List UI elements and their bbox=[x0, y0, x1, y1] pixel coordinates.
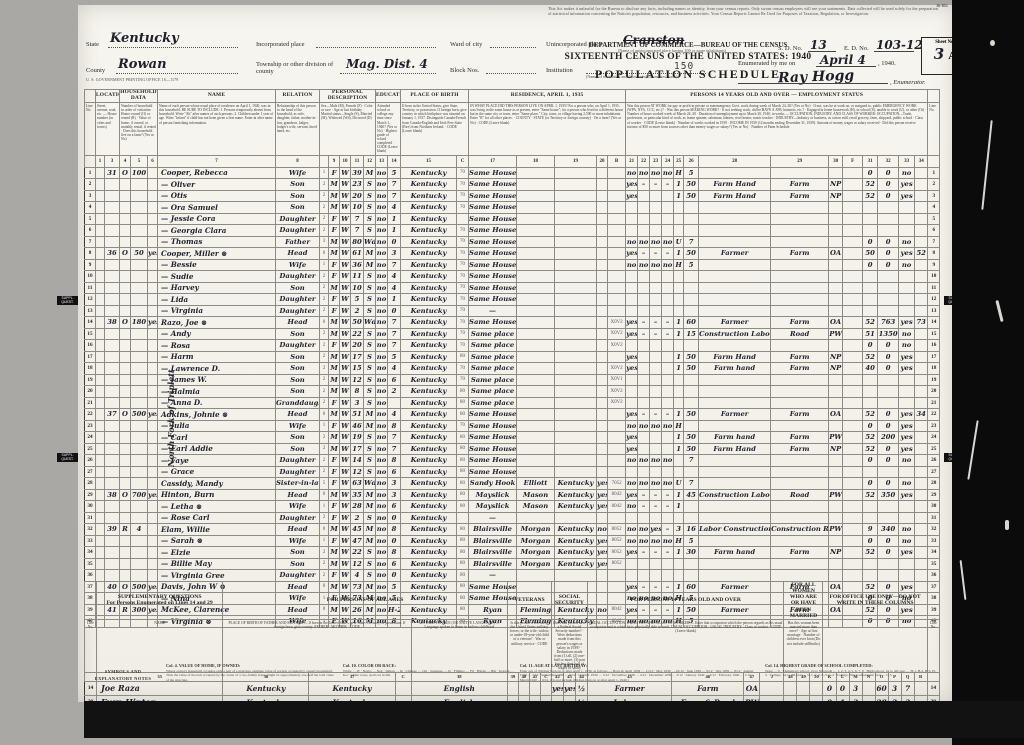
cell-rcty bbox=[517, 167, 555, 179]
cell-rcode bbox=[608, 202, 626, 214]
cell-f1: yes bbox=[626, 179, 638, 191]
column-number: 33 bbox=[899, 155, 915, 167]
cell-val bbox=[131, 374, 148, 386]
cell-ln: 16 bbox=[85, 340, 96, 352]
cell-f3: – bbox=[650, 547, 662, 559]
cell-name: Joe Raza bbox=[97, 681, 223, 695]
cell-val bbox=[131, 558, 148, 570]
marker-text: QUEST. bbox=[61, 300, 73, 304]
cell-bp: Kentucky bbox=[401, 535, 457, 547]
cell-ind bbox=[771, 478, 829, 490]
cell-mar: M bbox=[364, 167, 376, 179]
cell-val: 180 bbox=[131, 317, 148, 329]
cell-f4: – bbox=[662, 547, 674, 559]
cell-rst bbox=[555, 271, 597, 283]
cell-sch: no bbox=[376, 259, 388, 271]
table-row: 26— FayeDaughter2FW14Sno8Kentucky80Same … bbox=[85, 455, 940, 467]
cell-lnr: 17 bbox=[928, 351, 940, 363]
cell-grd: 3 bbox=[388, 248, 401, 260]
cell-sch: no bbox=[376, 271, 388, 283]
cell-rcty bbox=[517, 443, 555, 455]
cell-rel: Daughter bbox=[276, 455, 320, 467]
cell-occ: Farm hand bbox=[699, 363, 771, 375]
cell-oth: yes bbox=[899, 363, 915, 375]
cell-bp: Kentucky bbox=[401, 489, 457, 501]
cell-st bbox=[96, 570, 105, 582]
population-schedule-table: LOCATIONHOUSEHOLD DATANAMERELATIONPERSON… bbox=[84, 89, 940, 628]
cell-fm bbox=[148, 478, 158, 490]
cell-sex: F bbox=[329, 340, 340, 352]
cell-rcity: Same place bbox=[469, 386, 517, 398]
cell-race: W bbox=[340, 213, 351, 225]
cell-ten bbox=[120, 363, 131, 375]
cell-inc: 200 bbox=[878, 432, 899, 444]
cell-rel: Son bbox=[276, 202, 320, 214]
cell-bp: Kentucky bbox=[401, 386, 457, 398]
cell-f4: no bbox=[662, 535, 674, 547]
cell-wks bbox=[863, 570, 878, 582]
note-school-grade: Col. 14. HIGHEST GRADE OF SCHOOL COMPLET… bbox=[765, 663, 936, 683]
cell-st bbox=[96, 386, 105, 398]
cell-vis bbox=[105, 202, 120, 214]
cell-ln: 32 bbox=[85, 524, 96, 536]
cell-occ bbox=[699, 535, 771, 547]
cell-race: W bbox=[340, 282, 351, 294]
cell-fm bbox=[148, 305, 158, 317]
cell-lnr: 31 bbox=[928, 512, 940, 524]
cell-mar: S bbox=[364, 179, 376, 191]
cell-cb bbox=[684, 501, 699, 513]
table-row: 33— Sarah ⊗Wife1FW47Mno0Kentucky80Blairs… bbox=[85, 535, 940, 547]
cell-rel: Head bbox=[276, 524, 320, 536]
cell-race: W bbox=[340, 512, 351, 524]
cell-cd3 bbox=[843, 190, 863, 202]
cell-f3: – bbox=[650, 328, 662, 340]
cell-sch: no bbox=[376, 420, 388, 432]
column-number: 24 bbox=[662, 155, 674, 167]
cell-rcity: Sandy Hook bbox=[469, 478, 517, 490]
column-group: NAME bbox=[158, 90, 276, 103]
cell-lnr: 35 bbox=[928, 558, 940, 570]
cell-rc: 1 bbox=[320, 259, 329, 271]
cell-f3 bbox=[650, 363, 662, 375]
cell-sex: M bbox=[329, 409, 340, 421]
cell-cow: OA bbox=[829, 317, 843, 329]
cell-grd: 4 bbox=[388, 282, 401, 294]
table-row: 2237O500yesAdkins, Johnie ⊗Head0MW51Mno4… bbox=[85, 409, 940, 421]
cell-f3 bbox=[650, 340, 662, 352]
cell-bpc: 70 bbox=[457, 271, 469, 283]
cell-f3 bbox=[650, 305, 662, 317]
cell-sex: F bbox=[329, 294, 340, 306]
cell-rc: 2 bbox=[320, 547, 329, 559]
cell-val bbox=[131, 271, 148, 283]
cell-o4 bbox=[862, 681, 875, 695]
cell-cd3 bbox=[843, 305, 863, 317]
cell-cb bbox=[684, 397, 699, 409]
cell-occ: Construction Labor bbox=[699, 328, 771, 340]
cell-age: 80 bbox=[351, 236, 364, 248]
cell-sex: F bbox=[329, 259, 340, 271]
cell-rel: Wife bbox=[276, 501, 320, 513]
cell-cb: 16 bbox=[684, 524, 699, 536]
cell-oth bbox=[899, 386, 915, 398]
column-number: 21 bbox=[626, 155, 638, 167]
cell-fs bbox=[915, 294, 928, 306]
cell-f1: yes bbox=[626, 409, 638, 421]
cell-rel: Head bbox=[276, 317, 320, 329]
cell-sch: no bbox=[376, 501, 388, 513]
cell-rcode: X0V1 bbox=[608, 374, 626, 386]
cell-ln: 3 bbox=[85, 190, 96, 202]
ed-line bbox=[874, 51, 914, 52]
cell-fm bbox=[148, 374, 158, 386]
cell-st bbox=[96, 363, 105, 375]
cell-rst: Kentucky bbox=[555, 558, 597, 570]
cell-ca bbox=[674, 213, 684, 225]
cell-bp: Kentucky bbox=[401, 317, 457, 329]
cell-ca: H bbox=[674, 259, 684, 271]
cell-age: 10 bbox=[351, 282, 364, 294]
column-number: 18 bbox=[517, 155, 555, 167]
cell-bp: Kentucky bbox=[401, 167, 457, 179]
cell-f3 bbox=[650, 294, 662, 306]
table-row: 3— OtisSon2MW20Sno7Kentucky70Same Housey… bbox=[85, 190, 940, 202]
cell-rfm bbox=[597, 363, 608, 375]
cell-cb bbox=[684, 282, 699, 294]
cell-ln: 8 bbox=[85, 248, 96, 260]
cell-ln: 35 bbox=[85, 558, 96, 570]
cell-fs bbox=[915, 179, 928, 191]
note-color-race: Col. 10. COLOR OR RACE: White … W · Negr… bbox=[343, 663, 514, 683]
cell-oth: no bbox=[899, 478, 915, 490]
cell-ln: 22 bbox=[85, 409, 96, 421]
cell-bpc: 80 bbox=[457, 478, 469, 490]
cell-mar: M bbox=[364, 259, 376, 271]
cell-ten bbox=[120, 501, 131, 513]
cell-val bbox=[131, 570, 148, 582]
cell-occ bbox=[699, 225, 771, 237]
cell-f4 bbox=[662, 351, 674, 363]
cell-age: 51 bbox=[351, 409, 364, 421]
cell-lnr: 20 bbox=[928, 386, 940, 398]
cell-inc bbox=[878, 282, 899, 294]
cell-lnr: 5 bbox=[928, 213, 940, 225]
cell-inc bbox=[878, 501, 899, 513]
cell-f4 bbox=[662, 190, 674, 202]
cell-rst bbox=[555, 317, 597, 329]
cell-wks: 52 bbox=[863, 190, 878, 202]
cell-ten bbox=[120, 558, 131, 570]
cell-rcty bbox=[517, 363, 555, 375]
cell-race: W bbox=[340, 236, 351, 248]
cell-mar: S bbox=[364, 351, 376, 363]
cell-bp: Kentucky bbox=[401, 213, 457, 225]
cell-f4: no bbox=[662, 455, 674, 467]
cell-rcity: Same House bbox=[469, 409, 517, 421]
cell-grd: 6 bbox=[388, 558, 401, 570]
cell-cow: OA bbox=[829, 248, 843, 260]
cell-f4: no bbox=[662, 478, 674, 490]
cell-rcty: Morgan bbox=[517, 558, 555, 570]
cell-fs bbox=[915, 455, 928, 467]
cell-age: 20 bbox=[351, 340, 364, 352]
census-document: This Act makes it unlawful for the Burea… bbox=[78, 5, 956, 702]
cell-ind bbox=[771, 512, 829, 524]
cell-st bbox=[96, 547, 105, 559]
cell-rcode: X0V2 bbox=[608, 386, 626, 398]
cell-race: W bbox=[340, 271, 351, 283]
column-group: HOUSEHOLD DATA bbox=[120, 90, 158, 103]
cell-occ bbox=[699, 466, 771, 478]
cell-st bbox=[96, 271, 105, 283]
cell-cb: 5 bbox=[684, 167, 699, 179]
cell-inc: 0 bbox=[878, 190, 899, 202]
cell-o8 bbox=[914, 681, 927, 695]
cell-ln: 33 bbox=[85, 535, 96, 547]
cell-val bbox=[131, 397, 148, 409]
cell-mar: S bbox=[364, 294, 376, 306]
cell-occ: Farmer bbox=[699, 317, 771, 329]
cell-st bbox=[96, 202, 105, 214]
cell-inc: 0 bbox=[878, 443, 899, 455]
cell-val: 4 bbox=[131, 524, 148, 536]
cell-cd3 bbox=[843, 374, 863, 386]
cell-f2 bbox=[638, 432, 650, 444]
cell-rc: 3 bbox=[320, 236, 329, 248]
cell-v4 bbox=[540, 681, 551, 695]
cell-bp: Kentucky bbox=[401, 190, 457, 202]
cell-sex: M bbox=[329, 190, 340, 202]
cell-rc: 0 bbox=[320, 489, 329, 501]
cell-rcode: X0V2 bbox=[608, 363, 626, 375]
column-number: C bbox=[457, 155, 469, 167]
cell-rel: Head bbox=[276, 489, 320, 501]
cell-rel: Son bbox=[276, 443, 320, 455]
cell-rfm: no bbox=[597, 524, 608, 536]
cell-vis bbox=[105, 535, 120, 547]
cell-vis: 31 bbox=[105, 167, 120, 179]
cell-rcity: Same House bbox=[469, 248, 517, 260]
cell-inc bbox=[878, 558, 899, 570]
cell-age: 61 bbox=[351, 248, 364, 260]
cell-bpc: 80 bbox=[457, 432, 469, 444]
cell-rcty bbox=[517, 570, 555, 582]
cell-rc: 2 bbox=[320, 570, 329, 582]
table-row: 6— Georgia ClaraDaughter2FW7Sno1Kentucky… bbox=[85, 225, 940, 237]
cell-sex: M bbox=[329, 317, 340, 329]
cell-bpc: 70 bbox=[457, 374, 469, 386]
cell-occ bbox=[699, 374, 771, 386]
cell-sch: no bbox=[376, 213, 388, 225]
cell-rc: 0 bbox=[320, 409, 329, 421]
column-number: 29 bbox=[771, 155, 829, 167]
cell-ind bbox=[771, 397, 829, 409]
cell-mar: S bbox=[364, 282, 376, 294]
cell-rcode bbox=[608, 236, 626, 248]
table-row: 1438O180yesRazo, Joe ⊗Head0MW50Wdno7Kent… bbox=[85, 317, 940, 329]
cell-race: W bbox=[340, 179, 351, 191]
cell-c2 bbox=[760, 681, 784, 695]
cell-f2: – bbox=[638, 409, 650, 421]
cell-f3: – bbox=[650, 179, 662, 191]
cell-ind: Farm bbox=[771, 363, 829, 375]
cell-st bbox=[96, 282, 105, 294]
cell-val bbox=[131, 420, 148, 432]
cell-cd3 bbox=[843, 409, 863, 421]
cell-ca bbox=[674, 271, 684, 283]
cell-fs bbox=[915, 167, 928, 179]
cell-rel: Daughter bbox=[276, 570, 320, 582]
column-group: PERSONAL DESCRIPTION bbox=[320, 90, 376, 103]
cell-cb bbox=[684, 374, 699, 386]
cell-name: Cooper, Miller ⊗ bbox=[158, 248, 276, 260]
cell-f1 bbox=[626, 512, 638, 524]
cell-race: W bbox=[340, 317, 351, 329]
cell-sch: no bbox=[376, 340, 388, 352]
cell-inc: 0 bbox=[878, 351, 899, 363]
cell-wks: 0 bbox=[863, 535, 878, 547]
cell-rst bbox=[555, 432, 597, 444]
table-row: 31— Rose CarlDaughter2FW2Sno0Kentucky—31 bbox=[85, 512, 940, 524]
cell-ind bbox=[771, 236, 829, 248]
cell-rfm bbox=[597, 420, 608, 432]
cell-rcode bbox=[608, 455, 626, 467]
cell-f4: no bbox=[662, 259, 674, 271]
column-group-note: If born in the United States, give State… bbox=[401, 103, 469, 156]
cell-val bbox=[131, 305, 148, 317]
cell-fs bbox=[915, 213, 928, 225]
cell-cow bbox=[829, 535, 843, 547]
cell-name: Hinton, Burn bbox=[158, 489, 276, 501]
cell-inc: 350 bbox=[878, 489, 899, 501]
cell-ten bbox=[120, 547, 131, 559]
cell-fm: yes bbox=[148, 317, 158, 329]
cell-val bbox=[131, 340, 148, 352]
cell-fs bbox=[915, 420, 928, 432]
cell-st bbox=[96, 179, 105, 191]
cell-f2: no bbox=[638, 535, 650, 547]
cell-rcity: Same place bbox=[469, 374, 517, 386]
cell-vis bbox=[105, 190, 120, 202]
cell-ca: 1 bbox=[674, 409, 684, 421]
cell-cd3 bbox=[843, 225, 863, 237]
cell-lnr: 1 bbox=[928, 167, 940, 179]
cell-mar: Wd bbox=[364, 317, 376, 329]
cell-sch: no bbox=[376, 432, 388, 444]
cell-grd: 7 bbox=[388, 190, 401, 202]
column-number: 10 bbox=[340, 155, 351, 167]
column-number: 12 bbox=[364, 155, 376, 167]
cell-ten bbox=[120, 397, 131, 409]
cell-st bbox=[96, 432, 105, 444]
cell-bp: Kentucky bbox=[401, 374, 457, 386]
cell-lnr: 21 bbox=[928, 397, 940, 409]
table-row: 35— Billie MaySon2MW12Sno6Kentucky80Blai… bbox=[85, 558, 940, 570]
cell-age: 63 bbox=[351, 478, 364, 490]
cell-val bbox=[131, 455, 148, 467]
cell-o6: 3 bbox=[888, 681, 901, 695]
cell-inc bbox=[878, 225, 899, 237]
cell-f4: – bbox=[662, 409, 674, 421]
cell-race: W bbox=[340, 248, 351, 260]
cell-rst bbox=[555, 225, 597, 237]
cell-lnr: 6 bbox=[928, 225, 940, 237]
cell-rcity: Same place bbox=[469, 363, 517, 375]
cell-ca: U bbox=[674, 236, 684, 248]
cell-age: 2 bbox=[351, 305, 364, 317]
table-row: 36— Virginia GreeDaughter2FW4Sno0Kentuck… bbox=[85, 570, 940, 582]
cell-ten bbox=[120, 179, 131, 191]
cell-occ bbox=[699, 455, 771, 467]
cell-ten bbox=[120, 305, 131, 317]
sheet-value: 3 bbox=[934, 45, 944, 63]
cell-mar: S bbox=[364, 374, 376, 386]
cell-grd: 1 bbox=[388, 294, 401, 306]
cell-bp: Kentucky bbox=[401, 225, 457, 237]
cell-cow: NP bbox=[829, 363, 843, 375]
cell-f4 bbox=[662, 512, 674, 524]
cell-cow bbox=[829, 501, 843, 513]
cell-ln: 6 bbox=[85, 225, 96, 237]
cell-wks: 0 bbox=[863, 455, 878, 467]
cell-fs bbox=[915, 305, 928, 317]
cell-age: 23 bbox=[351, 179, 364, 191]
cell-st bbox=[96, 167, 105, 179]
cell-sex: F bbox=[329, 478, 340, 490]
cell-mar: S bbox=[364, 386, 376, 398]
cell-ind: Construction Road bbox=[771, 524, 829, 536]
cell-ln: 23 bbox=[85, 420, 96, 432]
cell-occ bbox=[699, 294, 771, 306]
enumerated-year: , 1940. bbox=[878, 60, 896, 67]
cell-oth bbox=[899, 202, 915, 214]
cell-rst bbox=[555, 259, 597, 271]
cell-race: W bbox=[340, 351, 351, 363]
cell-f1: yes bbox=[626, 547, 638, 559]
cell-rfm bbox=[597, 340, 608, 352]
column-number: 7 bbox=[158, 155, 276, 167]
cell-age: 14 bbox=[351, 455, 364, 467]
cell-ca: 1 bbox=[674, 248, 684, 260]
cell-ca bbox=[674, 558, 684, 570]
symbols-title: SYMBOLS AND EXPLANATORY NOTES bbox=[86, 663, 160, 683]
cell-bpc: 70 bbox=[457, 190, 469, 202]
cell-rcty bbox=[517, 466, 555, 478]
cell-rst bbox=[555, 351, 597, 363]
cell-oth: yes bbox=[899, 409, 915, 421]
cell-ind bbox=[771, 466, 829, 478]
cell-occ: Farm Hand bbox=[699, 190, 771, 202]
cell-inc: 0 bbox=[878, 409, 899, 421]
suppl-column-group: FOR PERSONS OF ALL AGES bbox=[223, 582, 508, 620]
cell-race: W bbox=[340, 409, 351, 421]
cell-rfm: yes bbox=[597, 489, 608, 501]
cell-grd: 4 bbox=[388, 202, 401, 214]
cell-bpc: 80 bbox=[457, 443, 469, 455]
cell-vis bbox=[105, 236, 120, 248]
cell-sex: F bbox=[329, 225, 340, 237]
cell-bpc: 80 bbox=[457, 466, 469, 478]
cell-lnr: 23 bbox=[928, 420, 940, 432]
cell-fs bbox=[915, 570, 928, 582]
cell-ca: 1 bbox=[674, 179, 684, 191]
cell-lnr: 2 bbox=[928, 179, 940, 191]
cell-occ: Farm hand bbox=[699, 547, 771, 559]
cell-occ bbox=[699, 282, 771, 294]
cell-bp: Kentucky bbox=[401, 443, 457, 455]
cell-st bbox=[96, 328, 105, 340]
